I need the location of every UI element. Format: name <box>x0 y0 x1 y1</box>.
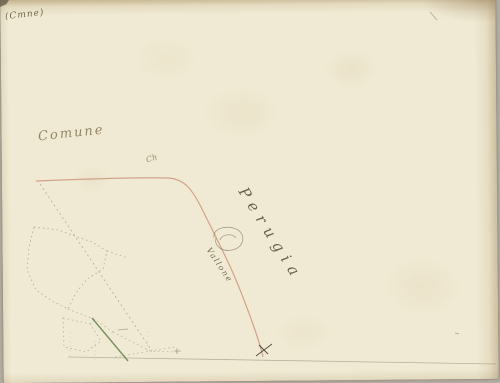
faint-vertical-ticks <box>70 331 148 360</box>
bottom-rule-line <box>68 357 496 364</box>
swirl-scribble <box>214 227 243 250</box>
scanned-map: (Cmne) Comune Ch Perugia Vallone <box>0 0 500 383</box>
road-end-mark <box>256 344 272 356</box>
dotted-trail <box>113 332 178 357</box>
parcel-outline <box>27 227 107 309</box>
small-ink-ticks <box>118 12 459 354</box>
green-line <box>92 318 128 361</box>
dashed-boundary-line <box>40 184 152 351</box>
road-line <box>36 178 263 357</box>
